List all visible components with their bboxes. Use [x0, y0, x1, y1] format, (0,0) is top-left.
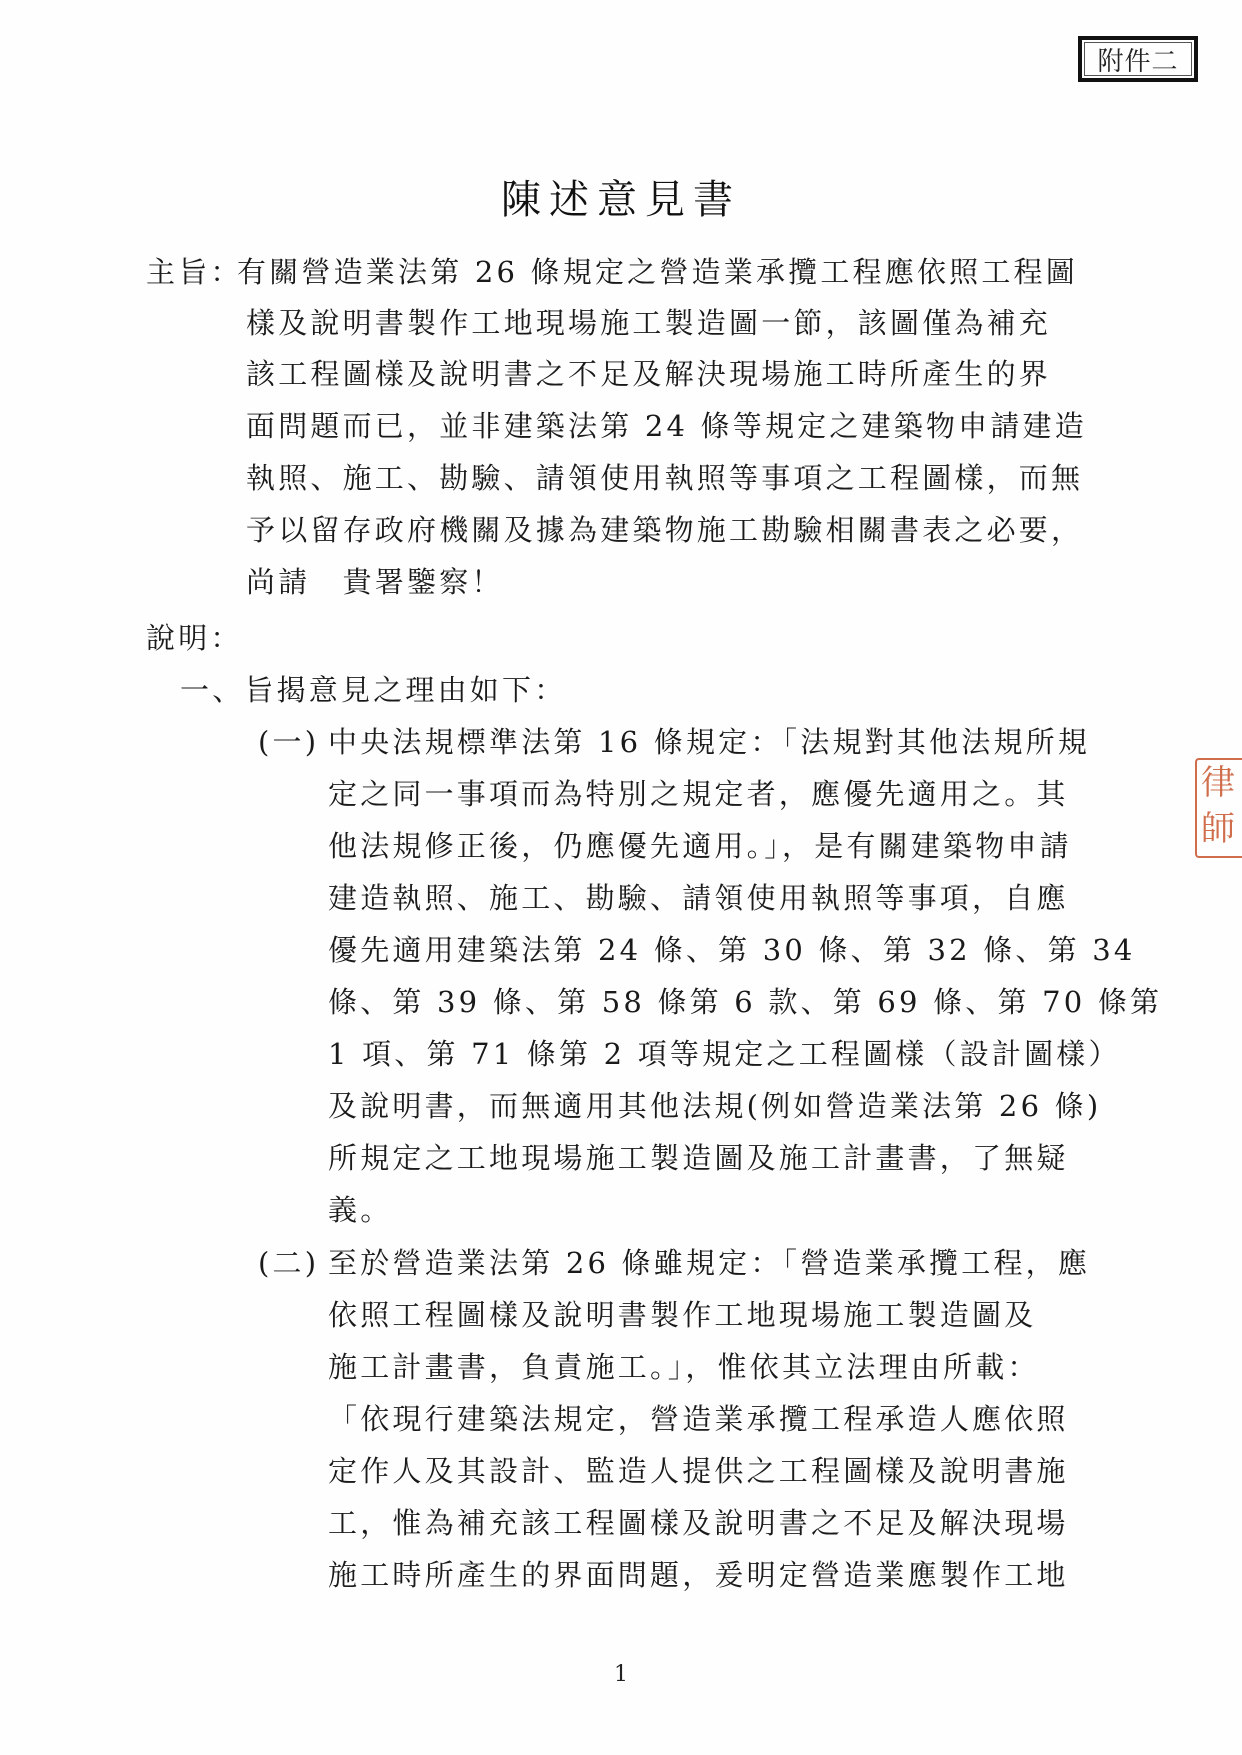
explanation-label: 說明：	[146, 620, 243, 656]
item-line: 他法規修正後，仍應優先適用。」，是有關建築物申請	[328, 828, 1072, 864]
item-line: 定之同一事項而為特別之規定者，應優先適用之。其	[328, 776, 1069, 812]
item-line: 中央法規標準法第 16 條規定：「法規對其他法規所規	[328, 724, 1090, 760]
item-line: 施工時所產生的界面問題，爰明定營造業應製作工地	[328, 1557, 1069, 1593]
subject-line: 尚請 貴署鑒察！	[246, 564, 504, 600]
item-line: 依照工程圖樣及說明書製作工地現場施工製造圖及	[328, 1297, 1036, 1333]
attachment-label: 附件二	[1078, 36, 1198, 82]
item-line: 所規定之工地現場施工製造圖及施工計畫書，了無疑	[328, 1140, 1069, 1176]
item-line: 「依現行建築法規定，營造業承攬工程承造人應依照	[328, 1401, 1069, 1437]
subject-line: 該工程圖樣及說明書之不足及解決現場施工時所產生的界	[246, 356, 1051, 392]
item-line: 條、第 39 條、第 58 條第 6 款、第 69 條、第 70 條第	[328, 984, 1162, 1020]
subject-line: 樣及說明書製作工地現場施工製造圖一節，該圖僅為補充	[246, 305, 1051, 341]
item-marker: (二)	[258, 1245, 319, 1281]
document-page: 附件二 陳述意見書 主旨： 有關營造業法第 26 條規定之營造業承攬工程應依照工…	[0, 0, 1242, 1755]
item-line: 工，惟為補充該工程圖樣及說明書之不足及解決現場	[328, 1505, 1069, 1541]
item-line: 義。	[328, 1192, 392, 1228]
item-line: 施工計畫書，負責施工。」，惟依其立法理由所載：	[328, 1349, 1040, 1385]
page-number: 1	[0, 1662, 1242, 1687]
item-line: 至於營造業法第 26 條雖規定：「營造業承攬工程，應	[328, 1245, 1090, 1281]
document-title: 陳述意見書	[0, 168, 1242, 225]
subject-label: 主旨：	[146, 254, 243, 290]
lawyer-seal-stamp: 律師	[1195, 758, 1242, 858]
section-heading: 一、旨揭意見之理由如下：	[180, 672, 566, 708]
item-line: 優先適用建築法第 24 條、第 30 條、第 32 條、第 34	[328, 932, 1136, 968]
subject-line: 予以留存政府機關及據為建築物施工勘驗相關書表之必要，	[246, 512, 1083, 548]
item-line: 建造執照、施工、勘驗、請領使用執照等事項，自應	[328, 880, 1069, 916]
item-line: 及說明書，而無適用其他法規(例如營造業法第 26 條)	[328, 1088, 1101, 1124]
item-line: 1 項、第 71 條第 2 項等規定之工程圖樣（設計圖樣）	[328, 1036, 1121, 1072]
subject-line: 面問題而已，並非建築法第 24 條等規定之建築物申請建造	[246, 408, 1087, 444]
subject-line: 有關營造業法第 26 條規定之營造業承攬工程應依照工程圖	[237, 254, 1078, 290]
item-line: 定作人及其設計、監造人提供之工程圖樣及說明書施	[328, 1453, 1069, 1489]
item-marker: (一)	[258, 724, 319, 760]
subject-line: 執照、施工、勘驗、請領使用執照等事項之工程圖樣，而無	[246, 460, 1083, 496]
